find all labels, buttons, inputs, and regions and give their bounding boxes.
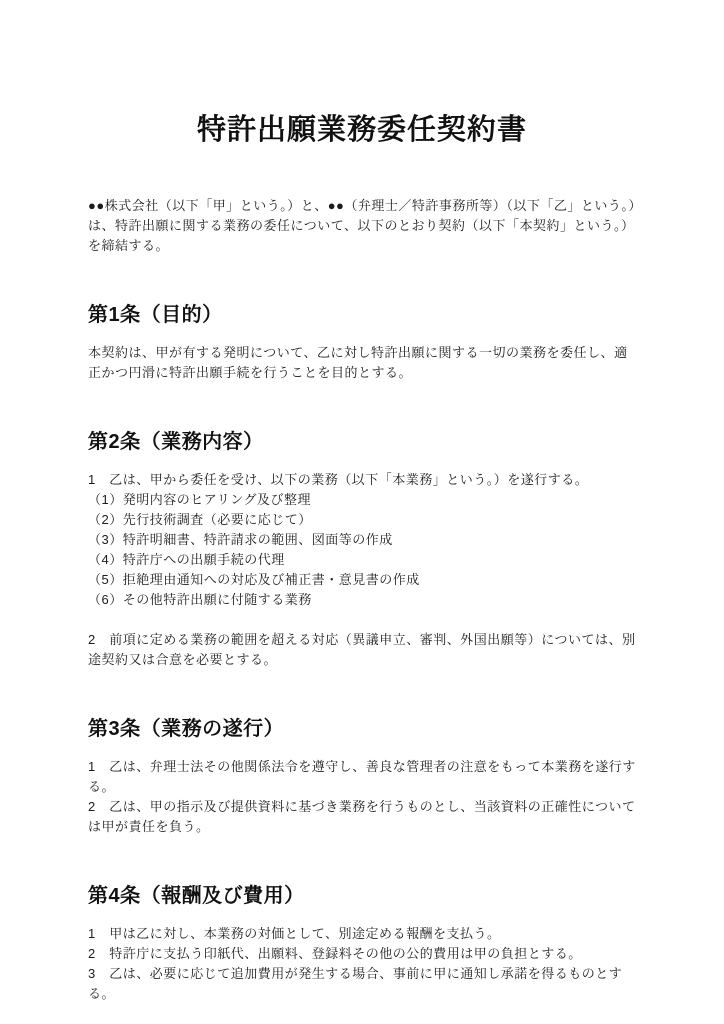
sections-container: 第1条（目的）本契約は、甲が有する発明について、乙に対し特許出願に関する一切の業… [88,302,636,1004]
clause-paragraph: （2）先行技術調査（必要に応じて） [88,510,636,530]
contract-section: 第2条（業務内容）1 乙は、甲から委任を受け、以下の業務（以下「本業務」という。… [88,429,636,670]
clause-paragraph: （3）特許明細書、特許請求の範囲、図面等の作成 [88,530,636,550]
clause-paragraph: （4）特許庁への出願手続の代理 [88,550,636,570]
clause-paragraph: 2 特許庁に支払う印紙代、出願料、登録料その他の公的費用は甲の負担とする。 [88,944,636,964]
clause-paragraph: （1）発明内容のヒアリング及び整理 [88,490,636,510]
section-heading: 第3条（業務の遂行） [88,716,636,742]
clause-block: 2 前項に定める業務の範囲を超える対応（異議申立、審判、外国出願等）については、… [88,630,636,670]
contract-section: 第3条（業務の遂行）1 乙は、弁理士法その他関係法令を遵守し、善良な管理者の注意… [88,716,636,837]
section-heading: 第2条（業務内容） [88,429,636,455]
clause-paragraph: 3 乙は、必要に応じて追加費用が発生する場合、事前に甲に通知し承諾を得るものとす… [88,964,636,1004]
clause-paragraph: 1 甲は乙に対し、本業務の対価として、別途定める報酬を支払う。 [88,924,636,944]
contract-section: 第4条（報酬及び費用）1 甲は乙に対し、本業務の対価として、別途定める報酬を支払… [88,883,636,1004]
clause-paragraph: 2 前項に定める業務の範囲を超える対応（異議申立、審判、外国出願等）については、… [88,630,636,670]
document-page: 特許出願業務委任契約書 ●●株式会社（以下「甲」という。）と、●●（弁理士／特許… [0,0,724,1024]
clause-paragraph: 2 乙は、甲の指示及び提供資料に基づき業務を行うものとし、当該資料の正確性につい… [88,797,636,837]
clause-paragraph: （6）その他特許出願に付随する業務 [88,590,636,610]
clause-block: 1 甲は乙に対し、本業務の対価として、別途定める報酬を支払う。2 特許庁に支払う… [88,924,636,1004]
clause-paragraph: 1 乙は、弁理士法その他関係法令を遵守し、善良な管理者の注意をもって本業務を遂行… [88,757,636,797]
clause-paragraph: （5）拒絶理由通知への対応及び補正書・意見書の作成 [88,570,636,590]
document-title: 特許出願業務委任契約書 [88,112,636,150]
section-heading: 第1条（目的） [88,302,636,328]
clause-paragraph: 1 乙は、甲から委任を受け、以下の業務（以下「本業務」という。）を遂行する。 [88,470,636,490]
clause-block: 1 乙は、弁理士法その他関係法令を遵守し、善良な管理者の注意をもって本業務を遂行… [88,757,636,837]
contract-section: 第1条（目的）本契約は、甲が有する発明について、乙に対し特許出願に関する一切の業… [88,302,636,383]
clause-paragraph: 本契約は、甲が有する発明について、乙に対し特許出願に関する一切の業務を委任し、適… [88,343,636,383]
clause-block: 1 乙は、甲から委任を受け、以下の業務（以下「本業務」という。）を遂行する。（1… [88,470,636,610]
section-heading: 第4条（報酬及び費用） [88,883,636,909]
intro-paragraph: ●●株式会社（以下「甲」という。）と、●●（弁理士／特許事務所等）（以下「乙」と… [88,196,636,256]
clause-block: 本契約は、甲が有する発明について、乙に対し特許出願に関する一切の業務を委任し、適… [88,343,636,383]
